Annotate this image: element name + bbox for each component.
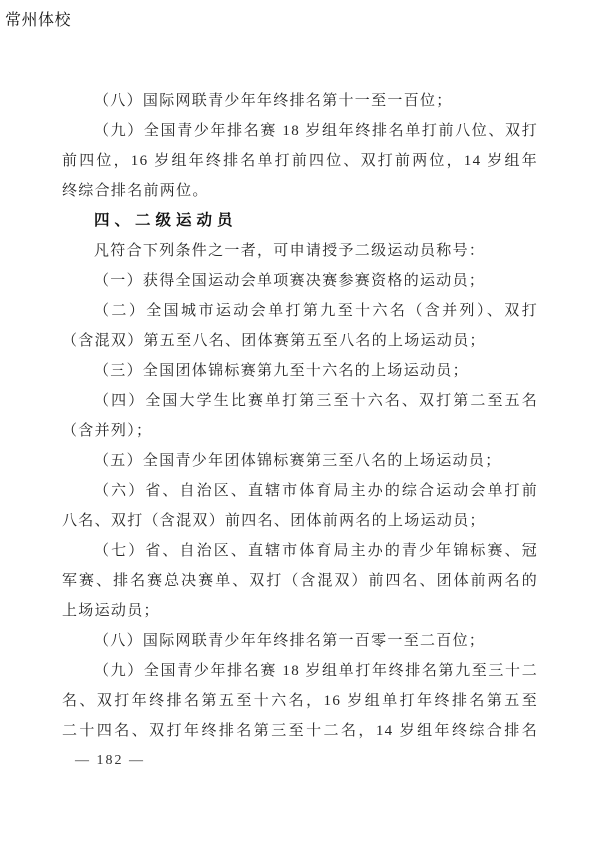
text-line: （九）全国青少年排名赛 18 岁组年终排名单打前八位、双打 xyxy=(62,116,538,146)
text-line: 八名、双打（含混双）前四名、团体前两名的上场运动员； xyxy=(62,506,538,536)
header-stamp: 常州体校 xyxy=(5,7,71,30)
text-line: 上场运动员； xyxy=(62,596,538,626)
page-number: — 182 — xyxy=(62,750,538,772)
text-line: 二十四名、双打年终排名第三至十二名，14 岁组年终综合排名 xyxy=(62,716,538,746)
text-line: 名、双打年终排名第五至十六名，16 岁组单打年终排名第五至 xyxy=(62,686,538,716)
text-line: （含并列）； xyxy=(62,416,538,446)
document-page: 常州体校 （八）国际网联青少年年终排名第十一至一百位； （九）全国青少年排名赛 … xyxy=(0,0,600,850)
text-line: 军赛、排名赛总决赛单、双打（含混双）前四名、团体前两名的 xyxy=(62,566,538,596)
text-line: （六）省、自治区、直辖市体育局主办的综合运动会单打前 xyxy=(62,476,538,506)
text-line: （八）国际网联青少年年终排名第一百零一至二百位； xyxy=(62,626,538,656)
document-body: （八）国际网联青少年年终排名第十一至一百位； （九）全国青少年排名赛 18 岁组… xyxy=(62,86,538,772)
text-line: （含混双）第五至八名、团体赛第五至八名的上场运动员； xyxy=(62,326,538,356)
text-line: （三）全国团体锦标赛第九至十六名的上场运动员； xyxy=(62,356,538,386)
text-line: （八）国际网联青少年年终排名第十一至一百位； xyxy=(62,86,538,116)
text-line: 前四位，16 岁组年终排名单打前四位、双打前两位，14 岁组年 xyxy=(62,146,538,176)
text-line: 终综合排名前两位。 xyxy=(62,176,538,206)
text-line: 凡符合下列条件之一者，可申请授予二级运动员称号： xyxy=(62,236,538,266)
text-line: （一）获得全国运动会单项赛决赛参赛资格的运动员； xyxy=(62,266,538,296)
text-line: （五）全国青少年团体锦标赛第三至八名的上场运动员； xyxy=(62,446,538,476)
text-line: （七）省、自治区、直辖市体育局主办的青少年锦标赛、冠 xyxy=(62,536,538,566)
text-line: （九）全国青少年排名赛 18 岁组单打年终排名第九至三十二 xyxy=(62,656,538,686)
text-line: （二）全国城市运动会单打第九至十六名（含并列）、双打 xyxy=(62,296,538,326)
section-heading: 四、二级运动员 xyxy=(62,206,538,236)
text-line: （四）全国大学生比赛单打第三至十六名、双打第二至五名 xyxy=(62,386,538,416)
